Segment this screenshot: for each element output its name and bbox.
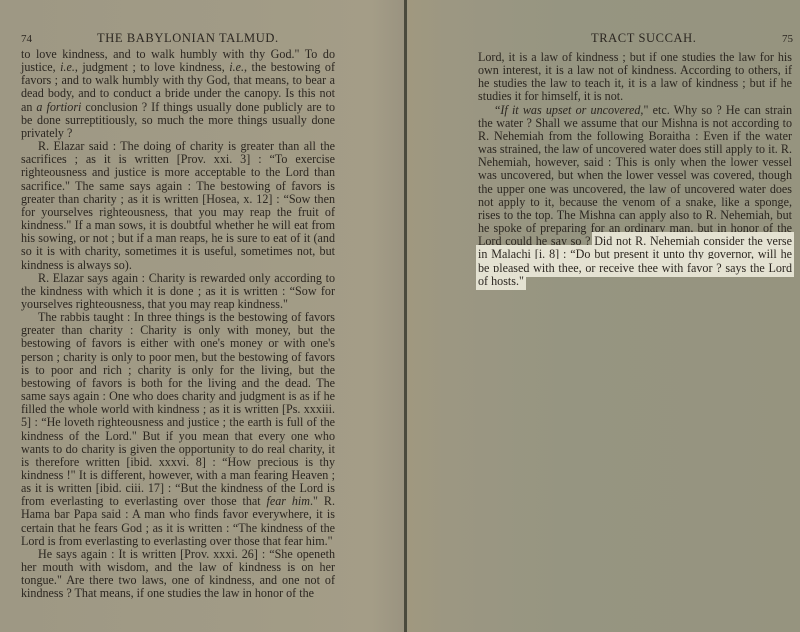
italic-text: If it was upset or uncovered, xyxy=(500,103,643,117)
text-run: " etc. Why so ? He can strain the water … xyxy=(478,103,792,249)
italic-text: i.e. xyxy=(60,60,75,74)
right-paragraph: Lord, it is a law of kindness ; but if o… xyxy=(478,51,792,104)
text-run: He says again : It is written [Prov. xxx… xyxy=(21,547,335,600)
left-paragraph: R. Elazar said : The doing of charity is… xyxy=(21,140,335,272)
left-paragraph: to love kindness, and to walk humbly wit… xyxy=(21,48,335,140)
page-number-right: 75 xyxy=(782,33,793,45)
left-paragraph: The rabbis taught : In three things is t… xyxy=(21,311,335,548)
right-paragraph: “If it was upset or uncovered," etc. Why… xyxy=(478,104,792,288)
left-paragraph: He says again : It is written [Prov. xxx… xyxy=(21,548,335,601)
right-page: TRACT SUCCAH. 75 Lord, it is a law of ki… xyxy=(408,0,800,632)
left-page-body[interactable]: to love kindness, and to walk humbly wit… xyxy=(21,48,335,601)
book-spread: 74 THE BABYLONIAN TALMUD. to love kindne… xyxy=(0,0,800,632)
text-run: Lord, it is a law of kindness ; but if o… xyxy=(478,50,792,103)
left-page: 74 THE BABYLONIAN TALMUD. to love kindne… xyxy=(0,0,404,632)
italic-text: i.e. xyxy=(229,60,244,74)
text-run: R. Elazar says again : Charity is reward… xyxy=(21,271,335,311)
italic-text: fear him xyxy=(267,494,311,508)
page-gutter-divider xyxy=(404,0,407,632)
text-run: , judgment ; to love kindness, xyxy=(75,60,229,74)
left-paragraph: R. Elazar says again : Charity is reward… xyxy=(21,272,335,311)
italic-text: a fortiori xyxy=(36,100,81,114)
page-number-left: 74 xyxy=(21,33,32,45)
running-head-left: THE BABYLONIAN TALMUD. xyxy=(97,31,279,46)
text-run: The rabbis taught : In three things is t… xyxy=(21,310,335,508)
right-page-body[interactable]: Lord, it is a law of kindness ; but if o… xyxy=(478,51,792,288)
text-run: R. Elazar said : The doing of charity is… xyxy=(21,139,335,271)
running-head-right: TRACT SUCCAH. xyxy=(591,31,697,46)
